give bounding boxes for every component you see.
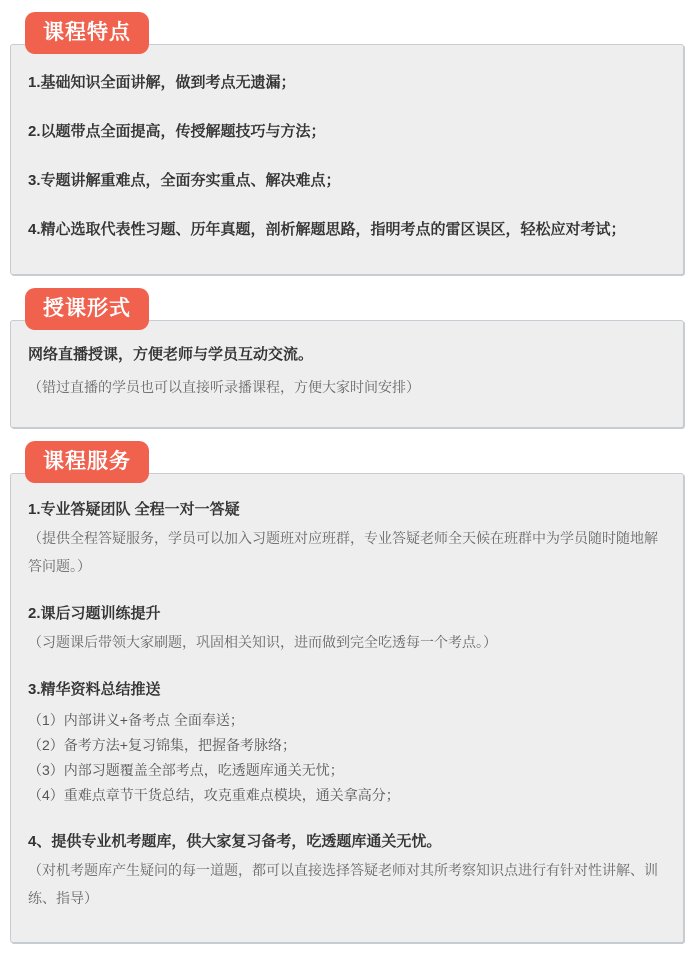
teaching-format-panel: 网络直播授课，方便老师与学员互动交流。 （错过直播的学员也可以直接听录播课程，方… [10, 320, 684, 428]
teaching-format-note: （错过直播的学员也可以直接听录播课程，方便大家时间安排） [28, 373, 666, 401]
course-info-page: 课程特点 1.基础知识全面讲解，做到考点无遗漏； 2.以题带点全面提高，传授解题… [0, 0, 694, 953]
service-item-4-note: （对机考题库产生疑问的每一道题，都可以直接选择答疑老师对其所考察知识点进行有针对… [28, 856, 666, 912]
feature-item-3: 3.专题讲解重难点，全面夯实重点、解决难点； [28, 171, 666, 191]
service-item-3-point-4: （4）重难点章节干货总结，攻克重难点模块，通关拿高分； [28, 783, 666, 808]
section-course-services: 课程服务 1.专业答疑团队 全程一对一答疑 （提供全程答疑服务，学员可以加入习题… [10, 441, 684, 943]
course-services-panel: 1.专业答疑团队 全程一对一答疑 （提供全程答疑服务，学员可以加入习题班对应班群… [10, 473, 684, 943]
service-item-2-note: （习题课后带领大家刷题，巩固相关知识，进而做到完全吃透每一个考点。） [28, 628, 666, 656]
service-item-1-title: 1.专业答疑团队 全程一对一答疑 [28, 500, 666, 520]
service-item-1-note: （提供全程答疑服务，学员可以加入习题班对应班群，专业答疑老师全天候在班群中为学员… [28, 524, 666, 580]
service-item-3-point-1: （1）内部讲义+备考点 全面奉送； [28, 708, 666, 733]
section-teaching-format: 授课形式 网络直播授课，方便老师与学员互动交流。 （错过直播的学员也可以直接听录… [10, 288, 684, 428]
service-item-2-title: 2.课后习题训练提升 [28, 604, 666, 624]
service-item-3-title: 3.精华资料总结推送 [28, 680, 666, 700]
service-item-4-title: 4、提供专业机考题库，供大家复习备考，吃透题库通关无忧。 [28, 832, 666, 852]
teaching-format-badge: 授课形式 [25, 288, 149, 330]
teaching-format-lead: 网络直播授课，方便老师与学员互动交流。 [28, 345, 666, 365]
section-course-features: 课程特点 1.基础知识全面讲解，做到考点无遗漏； 2.以题带点全面提高，传授解题… [10, 12, 684, 275]
feature-item-2: 2.以题带点全面提高，传授解题技巧与方法； [28, 122, 666, 142]
course-services-badge: 课程服务 [25, 441, 149, 483]
feature-item-4: 4.精心选取代表性习题、历年真题，剖析解题思路，指明考点的雷区误区，轻松应对考试… [28, 220, 666, 240]
course-features-badge: 课程特点 [25, 12, 149, 54]
course-features-panel: 1.基础知识全面讲解，做到考点无遗漏； 2.以题带点全面提高，传授解题技巧与方法… [10, 44, 684, 275]
service-item-3-point-3: （3）内部习题覆盖全部考点，吃透题库通关无忧； [28, 758, 666, 783]
service-item-3-point-2: （2）备考方法+复习锦集，把握备考脉络； [28, 733, 666, 758]
feature-item-1: 1.基础知识全面讲解，做到考点无遗漏； [28, 73, 666, 93]
